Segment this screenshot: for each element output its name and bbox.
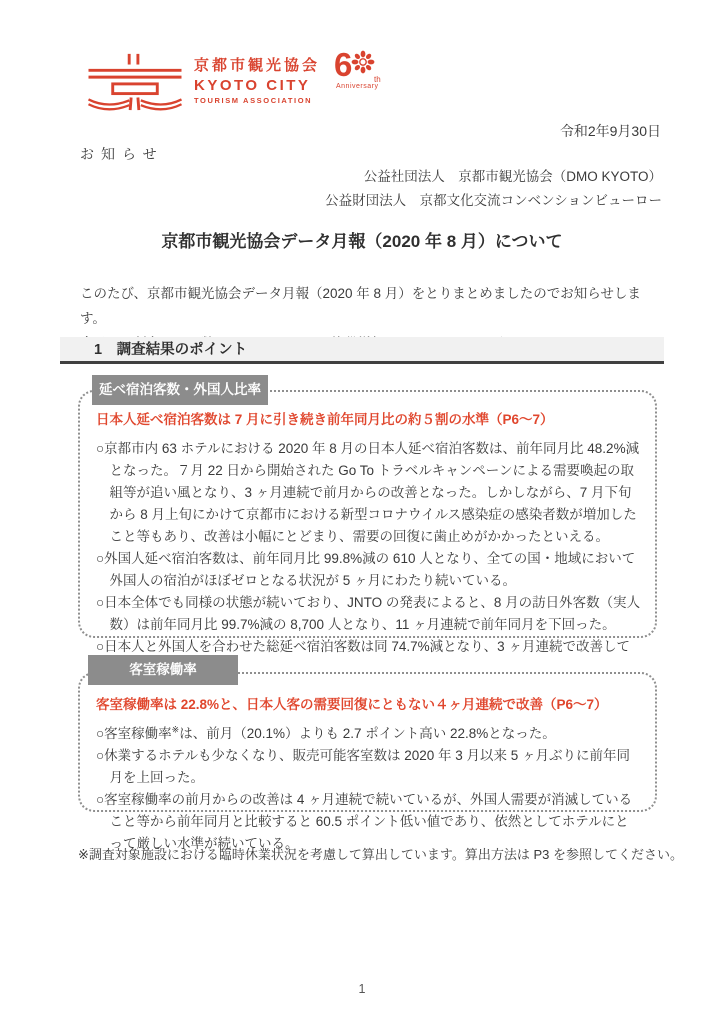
kyoto-tourism-logo: 京都市観光協会 KYOTO CITY TOURISM ASSOCIATION 6 [84,50,320,112]
org-line-2: 公益財団法人 京都文化交流コンベンションビューロー [325,189,662,213]
badge-th: th [374,75,381,84]
kyoto-logo-mark-icon [84,50,186,112]
guest-nights-box: 延べ宿泊客数・外国人比率 日本人延べ宿泊客数は 7 月に引き続き前年同月比の約５… [78,390,657,638]
badge-anniversary-label: Anniversary [336,83,398,90]
logo-org-ja: 京都市観光協会 [194,58,320,73]
document-page: 京都市観光協会 KYOTO CITY TOURISM ASSOCIATION 6 [0,0,724,1024]
anniversary-badge: 6 th Anniversary [334,48,398,90]
occupancy-box-label: 客室稼働率 [88,655,238,685]
bullet-item: ○休業するホテルも少なくなり、販売可能客室数は 2020 年 3 月以来 5 ヶ… [96,745,641,789]
document-title: 京都市観光協会データ月報（2020 年 8 月）について [0,227,724,252]
occupancy-heading: 客室稼働率は 22.8%と、日本人客の需要回復にともない４ヶ月連続で改善（P6～… [96,694,641,716]
logo-text: 京都市観光協会 KYOTO CITY TOURISM ASSOCIATION [194,58,320,105]
intro-line-1: このたび、京都市観光協会データ月報（2020 年 8 月）をとりまとめましたので… [80,281,646,331]
occupancy-bullet1-post: は、前月（20.1%）よりも 2.7 ポイント高い 22.8%となった。 [179,726,556,741]
occupancy-box: 客室稼働率 客室稼働率は 22.8%と、日本人客の需要回復にともない４ヶ月連続で… [78,672,657,812]
occupancy-bullet1-pre: ○客室稼働率 [96,726,172,741]
bullet-item: ○外国人延べ宿泊客数は、前年同月比 99.8%減の 610 人となり、全ての国・… [96,548,641,592]
bullet-item: ○京都市内 63 ホテルにおける 2020 年 8 月の日本人延べ宿泊客数は、前… [96,438,641,548]
issuing-organizations: 公益社団法人 京都市観光協会（DMO KYOTO） 公益財団法人 京都文化交流コ… [325,165,662,213]
document-date: 令和2年9月30日 [560,121,661,141]
logo-org-en2: TOURISM ASSOCIATION [194,97,320,105]
guest-nights-heading: 日本人延べ宿泊客数は 7 月に引き続き前年同月比の約５割の水準（P6～7） [96,409,641,431]
org-line-1: 公益社団法人 京都市観光協会（DMO KYOTO） [325,165,662,189]
notice-label: お知らせ [80,144,164,164]
guest-nights-box-label: 延べ宿泊客数・外国人比率 [92,375,268,405]
calculation-footnote: ※調査対象施設における臨時休業状況を考慮して算出しています。算出方法は P3 を… [78,844,683,863]
section-heading: 1 調査結果のポイント [60,337,664,364]
logo-org-en1: KYOTO CITY [194,78,320,93]
bullet-item: ○客室稼働率※は、前月（20.1%）よりも 2.7 ポイント高い 22.8%とな… [96,723,641,745]
page-number: 1 [0,982,724,996]
flower-icon [350,49,376,75]
bullet-item: ○日本全体でも同様の状態が続いており、JNTO の発表によると、8 月の訪日外客… [96,592,641,636]
